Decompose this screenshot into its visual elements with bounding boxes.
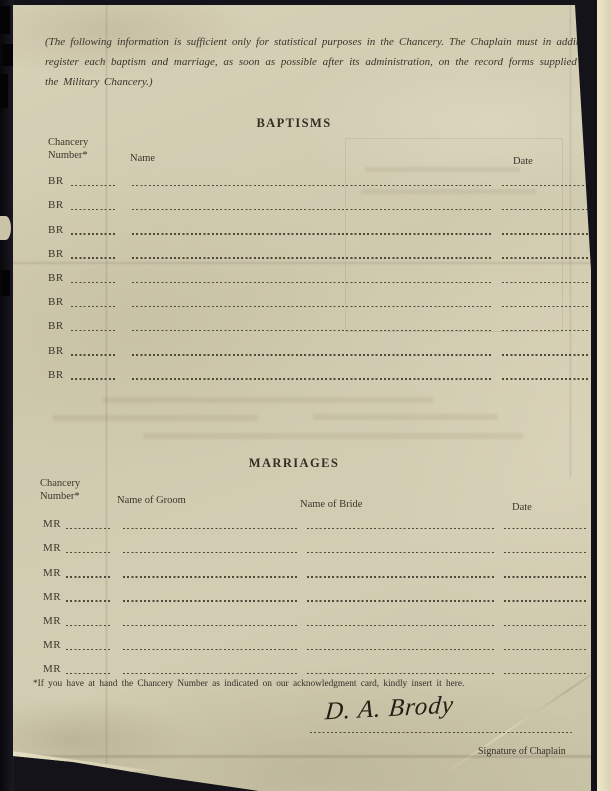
baptism-row: BR bbox=[48, 359, 588, 383]
chancery-number-line bbox=[66, 625, 112, 626]
groom-name-line bbox=[123, 649, 297, 650]
date-line bbox=[504, 528, 588, 529]
marriage-row-prefix: MR bbox=[43, 664, 63, 677]
chancery-header-line2: Number* bbox=[48, 149, 88, 162]
binding-edge bbox=[0, 0, 14, 791]
chancery-number-line bbox=[71, 330, 117, 331]
chancery-number-line bbox=[71, 233, 117, 234]
marriage-row-prefix: MR bbox=[43, 592, 63, 605]
baptism-row: BR bbox=[48, 165, 588, 189]
baptism-row-prefix: BR bbox=[48, 273, 68, 286]
groom-name-line bbox=[123, 576, 297, 577]
marriages-rows: MR MR MR MR bbox=[43, 508, 588, 677]
chancery-number-line bbox=[71, 354, 117, 355]
bride-name-line bbox=[307, 625, 495, 626]
baptism-row-prefix: BR bbox=[48, 346, 68, 359]
baptism-row: BR bbox=[48, 213, 588, 237]
baptisms-rows: BR BR BR BR bbox=[48, 165, 588, 383]
groom-name-line bbox=[123, 625, 297, 626]
date-line bbox=[504, 600, 588, 601]
chancery-number-line bbox=[66, 552, 112, 553]
baptism-row: BR bbox=[48, 334, 588, 358]
chaplain-signature: D. A. Brody bbox=[324, 692, 455, 727]
date-line bbox=[502, 282, 588, 283]
baptism-row: BR bbox=[48, 238, 588, 262]
baptism-row: BR bbox=[48, 286, 588, 310]
bride-name-line bbox=[307, 576, 495, 577]
chancery-number-line bbox=[66, 600, 112, 601]
name-line bbox=[132, 257, 493, 258]
baptisms-chancery-number-header: Chancery Number* bbox=[48, 136, 88, 162]
chancery-number-line bbox=[71, 185, 117, 186]
name-line bbox=[132, 209, 493, 210]
document-page: (The following information is sufficient… bbox=[13, 5, 591, 791]
marriage-row: MR bbox=[43, 653, 588, 677]
date-line bbox=[502, 378, 588, 379]
chancery-header-line2: Number* bbox=[40, 490, 80, 503]
date-line bbox=[502, 209, 588, 210]
marriage-row-prefix: MR bbox=[43, 616, 63, 629]
chancery-number-line bbox=[71, 378, 117, 379]
baptisms-name-header: Name bbox=[130, 152, 155, 165]
marriage-row: MR bbox=[43, 605, 588, 629]
name-line bbox=[132, 330, 493, 331]
groom-name-line bbox=[123, 528, 297, 529]
groom-name-line bbox=[123, 552, 297, 553]
bride-name-line bbox=[307, 600, 495, 601]
notice-text: (The following information is sufficient… bbox=[45, 32, 593, 92]
paper-tab bbox=[0, 216, 11, 240]
marriage-row: MR bbox=[43, 556, 588, 580]
binding-notch bbox=[0, 6, 10, 34]
date-line bbox=[502, 330, 588, 331]
chancery-number-line bbox=[66, 528, 112, 529]
chancery-number-line bbox=[71, 282, 117, 283]
baptism-row: BR bbox=[48, 310, 588, 334]
chancery-number-line bbox=[66, 576, 112, 577]
bleed-through-text bbox=[53, 415, 258, 421]
second-page-edge bbox=[597, 0, 611, 791]
bleed-through-text bbox=[103, 397, 433, 403]
bleed-through-text bbox=[143, 433, 523, 439]
baptism-row-prefix: BR bbox=[48, 297, 68, 310]
groom-name-line bbox=[123, 673, 297, 674]
marriage-row: MR bbox=[43, 532, 588, 556]
chancery-number-line bbox=[71, 257, 117, 258]
chancery-number-line bbox=[71, 209, 117, 210]
name-line bbox=[132, 282, 493, 283]
footnote: *If you have at hand the Chancery Number… bbox=[33, 679, 464, 689]
name-line bbox=[132, 185, 493, 186]
marriages-title: MARRIAGES bbox=[13, 456, 575, 471]
bride-name-line bbox=[307, 528, 495, 529]
marriage-row: MR bbox=[43, 508, 588, 532]
name-line bbox=[132, 378, 493, 379]
marriage-row-prefix: MR bbox=[43, 543, 63, 556]
binding-notch bbox=[0, 74, 8, 108]
marriage-row-prefix: MR bbox=[43, 568, 63, 581]
baptism-row-prefix: BR bbox=[48, 321, 68, 334]
groom-name-line bbox=[123, 600, 297, 601]
marriage-row: MR bbox=[43, 629, 588, 653]
signature-line bbox=[310, 732, 572, 733]
baptism-row-prefix: BR bbox=[48, 225, 68, 238]
date-line bbox=[504, 576, 588, 577]
marriages-groom-header: Name of Groom bbox=[117, 494, 186, 507]
marriage-row-prefix: MR bbox=[43, 519, 63, 532]
bride-name-line bbox=[307, 673, 495, 674]
baptism-row: BR bbox=[48, 189, 588, 213]
date-line bbox=[504, 625, 588, 626]
corner-fold bbox=[10, 727, 152, 780]
marriages-chancery-number-header: Chancery Number* bbox=[40, 477, 80, 503]
bride-name-line bbox=[307, 552, 495, 553]
baptism-row-prefix: BR bbox=[48, 370, 68, 383]
signature-label: Signature of Chaplain bbox=[478, 746, 566, 757]
baptism-row-prefix: BR bbox=[48, 176, 68, 189]
baptism-row-prefix: BR bbox=[48, 200, 68, 213]
chancery-header-line1: Chancery bbox=[40, 477, 80, 490]
date-line bbox=[504, 649, 588, 650]
date-line bbox=[504, 552, 588, 553]
baptisms-title: BAPTISMS bbox=[13, 116, 575, 131]
bleed-through-text bbox=[313, 414, 498, 420]
name-line bbox=[132, 233, 493, 234]
chancery-number-line bbox=[71, 306, 117, 307]
binding-notch bbox=[1, 270, 10, 296]
chancery-header-line1: Chancery bbox=[48, 136, 88, 149]
chancery-number-line bbox=[66, 649, 112, 650]
date-line bbox=[502, 306, 588, 307]
name-line bbox=[132, 306, 493, 307]
chancery-number-line bbox=[66, 673, 112, 674]
date-line bbox=[502, 354, 588, 355]
marriage-row: MR bbox=[43, 581, 588, 605]
binding-notch bbox=[2, 44, 14, 66]
date-line bbox=[504, 673, 588, 674]
date-line bbox=[502, 257, 588, 258]
date-line bbox=[502, 185, 588, 186]
marriage-row-prefix: MR bbox=[43, 640, 63, 653]
date-line bbox=[502, 233, 588, 234]
name-line bbox=[132, 354, 493, 355]
baptism-row-prefix: BR bbox=[48, 249, 68, 262]
baptism-row: BR bbox=[48, 262, 588, 286]
bride-name-line bbox=[307, 649, 495, 650]
